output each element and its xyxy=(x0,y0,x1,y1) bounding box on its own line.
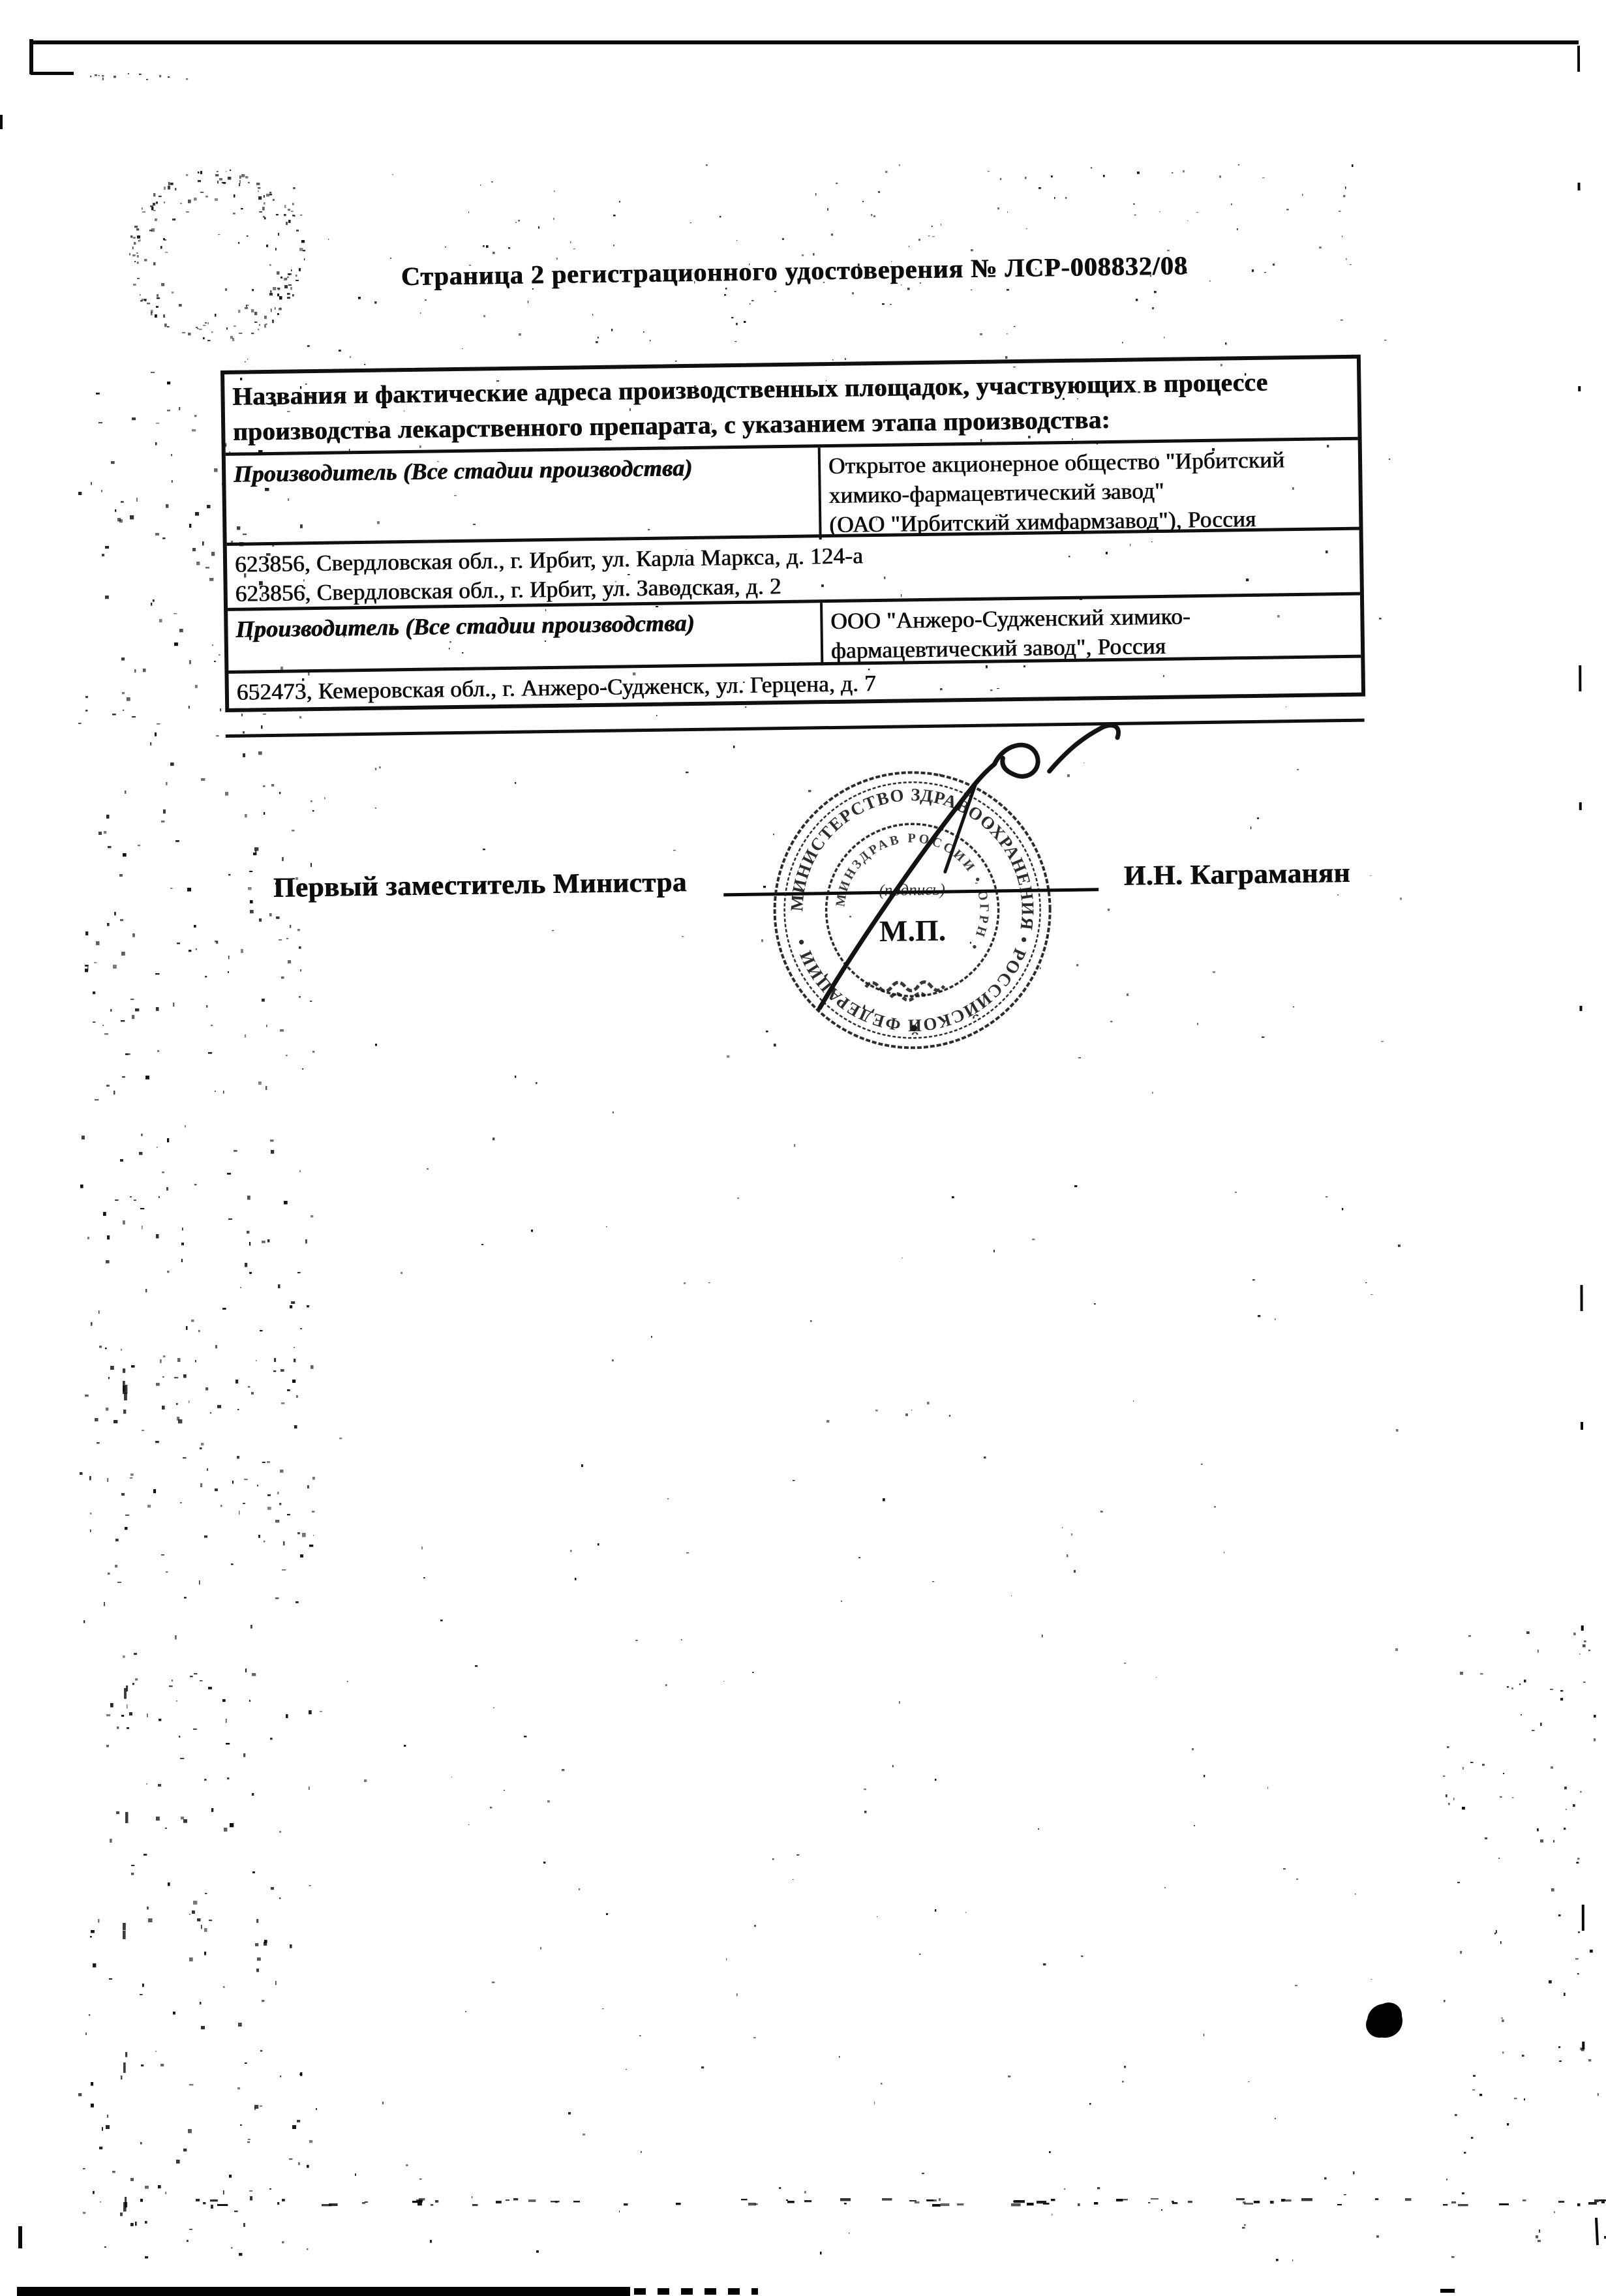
producer-2-label: Производитель (Все стадии производства) xyxy=(228,603,821,674)
scan-edge-dash-right xyxy=(1440,2289,1455,2293)
producer-2-name: ООО "Анжеро-Судженский химико- фармацевт… xyxy=(820,596,1361,666)
table-caption: Названия и фактические адреса производст… xyxy=(224,359,1358,453)
scanned-certificate-page: Страница 2 регистрационного удостоверени… xyxy=(0,0,1606,2296)
page-title: Страница 2 регистрационного удостоверени… xyxy=(220,247,1369,294)
table-row-producer-1: Производитель (Все стадии производства) … xyxy=(226,437,1359,543)
producer-1-label: Производитель (Все стадии производства) xyxy=(226,447,819,548)
scan-edge-bar xyxy=(17,2287,630,2296)
signature-strokes xyxy=(742,704,1164,1050)
ink-blot xyxy=(1367,2004,1402,2038)
manufacturers-table: Названия и фактические адреса производст… xyxy=(220,355,1365,712)
producer-1-name: Открытое акционерное общество "Ирбитский… xyxy=(818,440,1359,540)
document-content: Страница 2 регистрационного удостоверени… xyxy=(0,0,1606,2296)
signatory-title: Первый заместитель Министра xyxy=(273,866,687,904)
scan-edge-dashes xyxy=(634,2288,758,2295)
